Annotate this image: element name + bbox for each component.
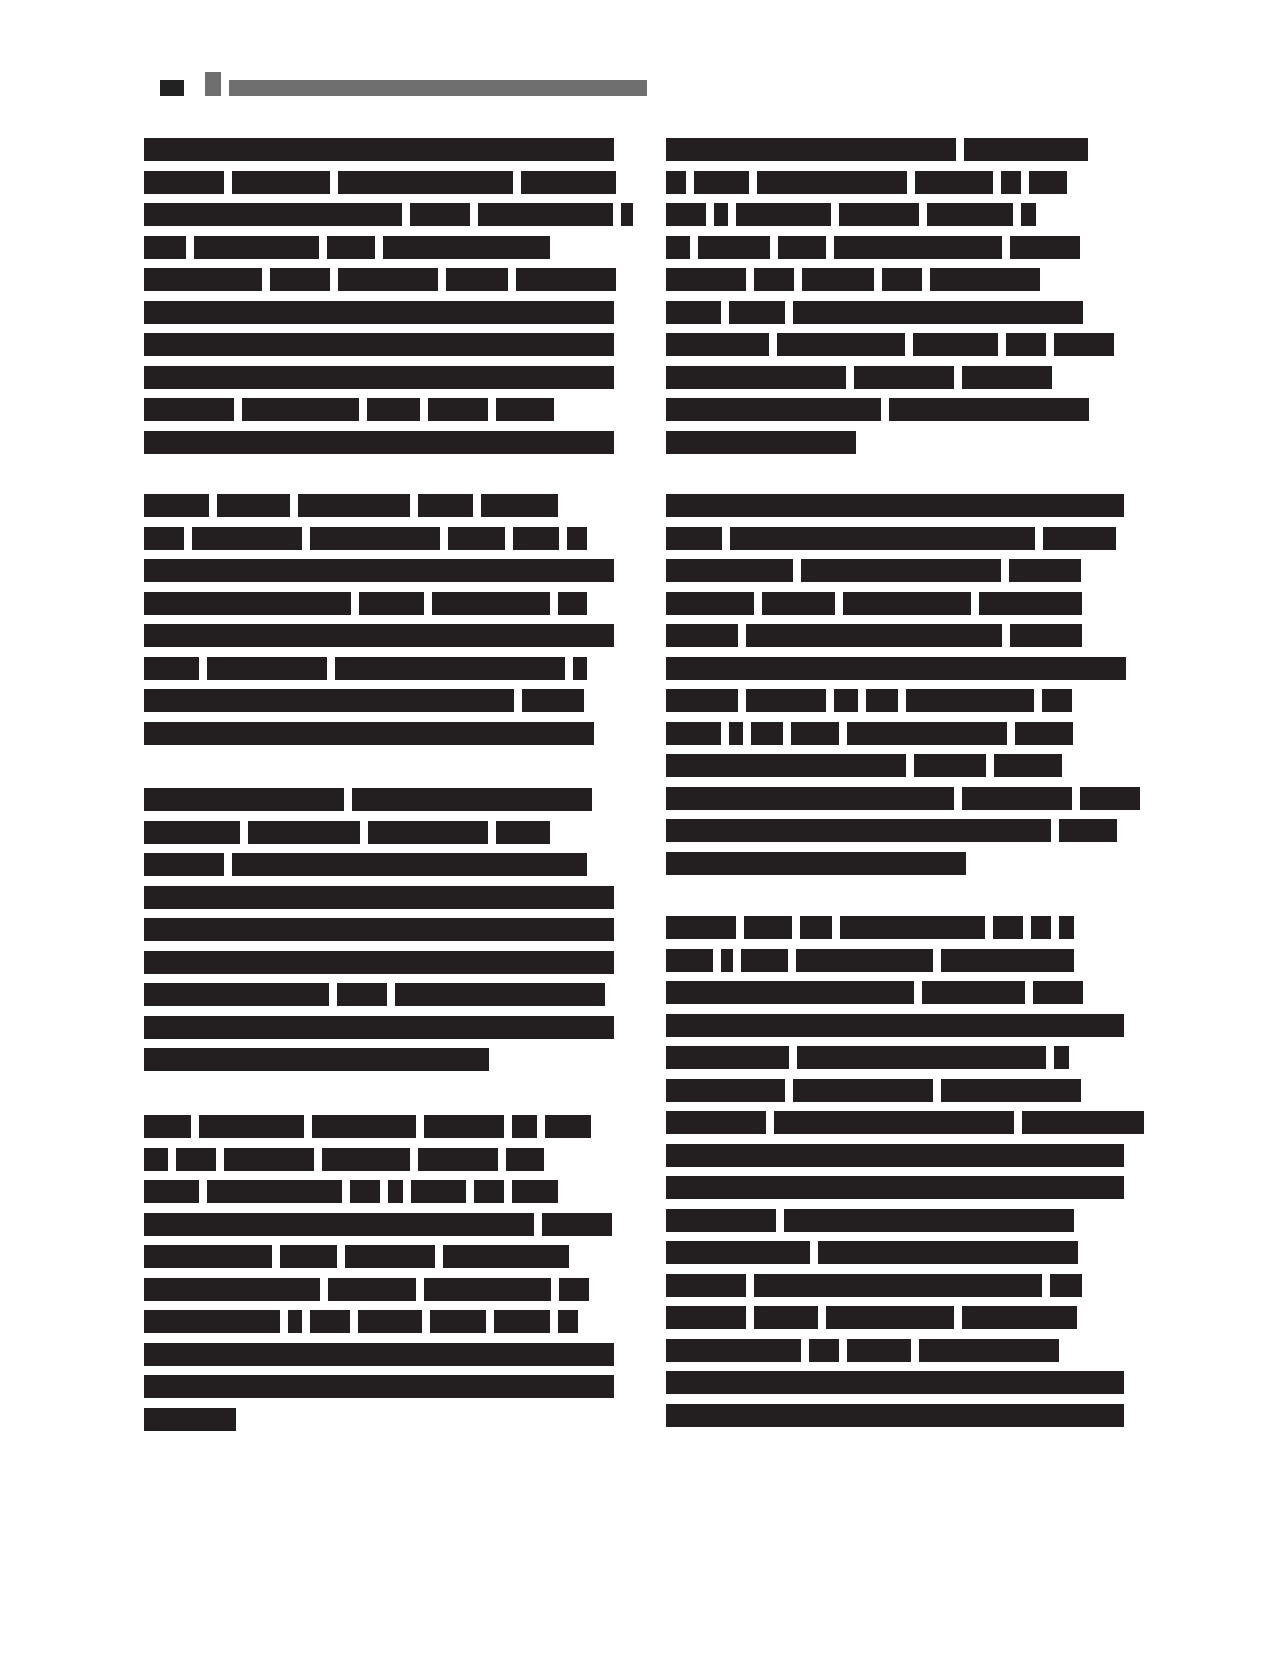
redacted-word	[777, 333, 905, 356]
redacted-word	[666, 301, 721, 324]
redacted-word	[1031, 916, 1051, 939]
text-line	[666, 138, 1088, 161]
redacted-word	[144, 886, 614, 909]
redacted-word	[1010, 236, 1080, 259]
text-line	[666, 268, 1040, 291]
redacted-word	[866, 689, 898, 712]
redacted-word	[144, 918, 614, 941]
page-header	[0, 0, 1270, 110]
redacted-word	[144, 171, 224, 194]
redacted-word	[1043, 527, 1116, 550]
text-line	[666, 333, 1114, 356]
redacted-word	[144, 853, 224, 876]
redacted-word	[496, 398, 554, 421]
redacted-word	[666, 624, 738, 647]
redacted-word	[834, 689, 858, 712]
redacted-word	[144, 1115, 191, 1138]
redacted-word	[270, 268, 330, 291]
page-number	[160, 80, 184, 96]
redacted-word	[558, 1310, 578, 1333]
redacted-word	[1033, 981, 1083, 1004]
redacted-word	[818, 1241, 1078, 1264]
redacted-word	[144, 1180, 199, 1203]
redacted-word	[729, 301, 785, 324]
redacted-word	[666, 268, 746, 291]
redacted-word	[666, 722, 721, 745]
redacted-word	[494, 1310, 550, 1333]
redacted-word	[144, 527, 184, 550]
redacted-word	[224, 1148, 314, 1171]
redacted-word	[774, 1111, 1014, 1134]
redacted-word	[1015, 722, 1073, 745]
redacted-word	[979, 592, 1082, 615]
redacted-word	[927, 203, 1013, 226]
text-line	[666, 916, 1074, 939]
text-line	[144, 886, 614, 909]
text-line	[144, 203, 633, 226]
redacted-word	[919, 1339, 1059, 1362]
text-line	[144, 1245, 569, 1268]
redacted-word	[698, 236, 770, 259]
text-line	[666, 1046, 1069, 1069]
redacted-word	[418, 494, 473, 517]
redacted-word	[516, 268, 616, 291]
redacted-word	[395, 983, 605, 1006]
redacted-word	[666, 916, 736, 939]
redacted-word	[666, 236, 690, 259]
text-line	[144, 1115, 591, 1138]
redacted-word	[144, 431, 614, 454]
text-line	[666, 398, 1089, 421]
redacted-word	[930, 268, 1040, 291]
redacted-word	[1059, 916, 1074, 939]
redacted-word	[232, 171, 330, 194]
redacted-word	[144, 366, 614, 389]
redacted-word	[666, 981, 914, 1004]
redacted-word	[1022, 1111, 1144, 1134]
redacted-word	[144, 333, 614, 356]
redacted-word	[666, 138, 956, 161]
redacted-word	[310, 1310, 350, 1333]
redacted-word	[1042, 689, 1072, 712]
redacted-word	[144, 1213, 534, 1236]
redacted-word	[335, 657, 565, 680]
text-line	[144, 592, 587, 615]
text-line	[666, 1209, 1074, 1232]
text-line	[144, 657, 587, 680]
text-line	[144, 689, 584, 712]
redacted-word	[666, 592, 754, 615]
redacted-word	[666, 787, 954, 810]
redacted-word	[327, 236, 375, 259]
redacted-word	[350, 1180, 380, 1203]
redacted-word	[176, 1148, 216, 1171]
redacted-word	[359, 592, 424, 615]
redacted-word	[1009, 559, 1081, 582]
redacted-word	[144, 1048, 489, 1071]
text-line	[144, 1016, 614, 1039]
redacted-word	[207, 1180, 342, 1203]
text-line	[666, 722, 1073, 745]
redacted-word	[757, 171, 907, 194]
redacted-word	[914, 754, 986, 777]
redacted-word	[1059, 819, 1117, 842]
redacted-word	[207, 657, 327, 680]
text-line	[144, 821, 550, 844]
redacted-word	[352, 788, 592, 811]
redacted-word	[994, 754, 1062, 777]
redacted-word	[512, 1180, 558, 1203]
redacted-word	[312, 1115, 416, 1138]
redacted-word	[337, 983, 387, 1006]
text-line	[144, 431, 614, 454]
text-line	[666, 657, 1126, 680]
redacted-word	[666, 1209, 776, 1232]
redacted-word	[513, 527, 559, 550]
redacted-word	[802, 268, 874, 291]
redacted-word	[791, 722, 839, 745]
redacted-word	[834, 236, 1002, 259]
redacted-word	[388, 1180, 403, 1203]
redacted-word	[248, 821, 360, 844]
redacted-word	[194, 236, 319, 259]
text-line	[144, 171, 616, 194]
redacted-word	[889, 398, 1089, 421]
redacted-word	[232, 853, 587, 876]
redacted-word	[666, 1339, 801, 1362]
text-line	[666, 1241, 1078, 1264]
text-line	[144, 722, 594, 745]
section-marker-bar	[205, 72, 221, 96]
redacted-word	[754, 1274, 1042, 1297]
redacted-word	[754, 1306, 818, 1329]
redacted-word	[826, 1306, 954, 1329]
redacted-word	[545, 1115, 591, 1138]
text-line	[666, 1404, 1124, 1427]
redacted-word	[1054, 1046, 1069, 1069]
redacted-word	[542, 1213, 612, 1236]
redacted-word	[322, 1148, 410, 1171]
redacted-word	[800, 916, 832, 939]
redacted-word	[666, 949, 713, 972]
text-line	[666, 754, 1062, 777]
text-line	[144, 1278, 589, 1301]
redacted-word	[144, 203, 402, 226]
redacted-word	[941, 1079, 1081, 1102]
redacted-word	[192, 527, 302, 550]
redacted-word	[144, 1343, 614, 1366]
redacted-word	[854, 366, 954, 389]
redacted-word	[666, 398, 881, 421]
text-line	[666, 592, 1082, 615]
text-line	[666, 301, 1083, 324]
redacted-word	[746, 624, 1002, 647]
redacted-word	[338, 171, 513, 194]
redacted-word	[424, 1115, 504, 1138]
redacted-word	[144, 236, 186, 259]
redacted-word	[474, 1180, 504, 1203]
redacted-word	[843, 592, 971, 615]
redacted-word	[567, 527, 587, 550]
redacted-word	[721, 949, 733, 972]
redacted-word	[144, 951, 614, 974]
redacted-word	[410, 203, 470, 226]
text-line	[666, 1079, 1081, 1102]
redacted-word	[962, 366, 1052, 389]
text-line	[144, 951, 614, 974]
document-page	[0, 0, 1270, 1654]
redacted-word	[922, 981, 1025, 1004]
text-line	[144, 268, 616, 291]
redacted-word	[906, 689, 1034, 712]
redacted-word	[144, 788, 344, 811]
redacted-word	[793, 1079, 933, 1102]
redacted-word	[558, 592, 587, 615]
redacted-word	[280, 1245, 337, 1268]
redacted-word	[144, 821, 240, 844]
redacted-word	[430, 1310, 486, 1333]
text-line	[144, 1408, 236, 1431]
redacted-word	[144, 592, 351, 615]
redacted-word	[144, 138, 614, 161]
redacted-word	[666, 1176, 1124, 1199]
redacted-word	[432, 592, 550, 615]
text-line	[144, 1343, 614, 1366]
redacted-word	[730, 527, 1035, 550]
redacted-word	[666, 203, 706, 226]
text-line	[144, 1180, 558, 1203]
redacted-word	[847, 1339, 911, 1362]
redacted-word	[915, 171, 993, 194]
text-line	[144, 1375, 614, 1398]
redacted-word	[666, 754, 906, 777]
text-line	[144, 398, 554, 421]
text-line	[666, 171, 1067, 194]
redacted-word	[666, 559, 793, 582]
text-line	[144, 853, 587, 876]
redacted-word	[666, 366, 846, 389]
redacted-word	[144, 722, 594, 745]
redacted-word	[418, 1148, 498, 1171]
redacted-word	[217, 494, 290, 517]
redacted-word	[144, 1408, 236, 1431]
redacted-word	[144, 301, 614, 324]
redacted-word	[666, 819, 1051, 842]
text-line	[144, 527, 587, 550]
redacted-word	[793, 301, 1083, 324]
redacted-word	[729, 722, 743, 745]
redacted-word	[882, 268, 922, 291]
redacted-word	[298, 494, 410, 517]
redacted-word	[962, 787, 1072, 810]
redacted-word	[1001, 171, 1021, 194]
redacted-word	[338, 268, 438, 291]
text-line	[666, 689, 1072, 712]
redacted-word	[481, 494, 558, 517]
text-line	[666, 1014, 1124, 1037]
redacted-word	[666, 852, 966, 875]
redacted-word	[962, 1306, 1077, 1329]
redacted-word	[144, 494, 209, 517]
text-line	[144, 1048, 489, 1071]
redacted-word	[741, 949, 788, 972]
redacted-word	[666, 494, 1124, 517]
redacted-word	[964, 138, 1088, 161]
redacted-word	[666, 1046, 789, 1069]
redacted-word	[666, 1014, 1124, 1037]
redacted-word	[666, 333, 769, 356]
redacted-word	[512, 1115, 537, 1138]
redacted-word	[144, 268, 262, 291]
redacted-word	[144, 1375, 614, 1398]
text-line	[666, 981, 1083, 1004]
redacted-word	[446, 268, 508, 291]
redacted-word	[666, 1241, 810, 1264]
redacted-word	[751, 722, 783, 745]
redacted-word	[796, 949, 933, 972]
text-line	[666, 559, 1081, 582]
redacted-word	[242, 398, 359, 421]
redacted-word	[144, 1278, 320, 1301]
redacted-word	[144, 1016, 614, 1039]
text-line	[666, 236, 1080, 259]
redacted-word	[428, 398, 488, 421]
redacted-word	[913, 333, 998, 356]
redacted-word	[666, 1079, 785, 1102]
redacted-word	[666, 1111, 766, 1134]
redacted-word	[521, 171, 616, 194]
text-line	[144, 494, 558, 517]
redacted-word	[762, 592, 835, 615]
text-line	[666, 852, 966, 875]
redacted-word	[424, 1278, 551, 1301]
redacted-word	[694, 171, 749, 194]
redacted-word	[666, 689, 738, 712]
redacted-word	[559, 1278, 589, 1301]
redacted-word	[368, 821, 488, 844]
redacted-word	[144, 1148, 168, 1171]
text-line	[666, 819, 1117, 842]
redacted-word	[144, 983, 329, 1006]
redacted-word	[746, 689, 826, 712]
text-line	[144, 918, 614, 941]
redacted-word	[714, 203, 728, 226]
text-line	[144, 1148, 544, 1171]
redacted-word	[621, 203, 633, 226]
text-line	[666, 1111, 1144, 1134]
redacted-word	[144, 624, 614, 647]
redacted-word	[666, 1306, 746, 1329]
text-line	[144, 1213, 612, 1236]
redacted-word	[144, 689, 514, 712]
redacted-word	[411, 1180, 466, 1203]
text-line	[144, 983, 605, 1006]
redacted-word	[522, 689, 584, 712]
text-line	[144, 559, 614, 582]
redacted-word	[358, 1310, 422, 1333]
text-line	[666, 431, 856, 454]
text-line	[144, 624, 614, 647]
text-line	[666, 527, 1116, 550]
redacted-word	[1006, 333, 1046, 356]
redacted-word	[478, 203, 613, 226]
redacted-word	[506, 1148, 544, 1171]
redacted-word	[744, 916, 792, 939]
text-line	[144, 366, 614, 389]
redacted-word	[1021, 203, 1036, 226]
redacted-word	[666, 431, 856, 454]
redacted-word	[144, 1310, 280, 1333]
redacted-word	[666, 527, 722, 550]
redacted-word	[847, 722, 1007, 745]
redacted-word	[573, 657, 587, 680]
redacted-word	[1054, 333, 1114, 356]
redacted-word	[666, 1274, 746, 1297]
redacted-word	[941, 949, 1074, 972]
text-line	[144, 236, 550, 259]
text-line	[666, 1306, 1077, 1329]
redacted-word	[288, 1310, 302, 1333]
redacted-word	[367, 398, 420, 421]
text-line	[144, 301, 614, 324]
redacted-word	[496, 821, 550, 844]
redacted-word	[310, 527, 440, 550]
redacted-word	[328, 1278, 416, 1301]
text-line	[666, 203, 1036, 226]
redacted-word	[383, 236, 550, 259]
redacted-word	[144, 398, 234, 421]
text-line	[666, 1274, 1082, 1297]
redacted-word	[144, 559, 614, 582]
redacted-word	[797, 1046, 1046, 1069]
text-line	[144, 788, 592, 811]
redacted-word	[840, 916, 985, 939]
redacted-word	[443, 1245, 569, 1268]
text-line	[144, 1310, 578, 1333]
text-line	[666, 1144, 1124, 1167]
text-line	[666, 1371, 1124, 1394]
text-line	[144, 333, 614, 356]
redacted-word	[666, 171, 686, 194]
text-line	[666, 1176, 1124, 1199]
redacted-word	[1050, 1274, 1082, 1297]
redacted-word	[666, 1404, 1124, 1427]
redacted-word	[1010, 624, 1082, 647]
text-line	[666, 624, 1082, 647]
redacted-word	[754, 268, 794, 291]
text-line	[666, 494, 1124, 517]
redacted-word	[809, 1339, 839, 1362]
text-line	[144, 138, 614, 161]
text-line	[666, 366, 1052, 389]
text-line	[666, 1339, 1059, 1362]
text-line	[666, 949, 1074, 972]
redacted-word	[666, 1144, 1124, 1167]
redacted-word	[666, 657, 1126, 680]
redacted-word	[345, 1245, 435, 1268]
redacted-word	[801, 559, 1001, 582]
redacted-word	[448, 527, 505, 550]
redacted-word	[839, 203, 919, 226]
redacted-word	[144, 657, 199, 680]
redacted-word	[736, 203, 831, 226]
redacted-word	[778, 236, 826, 259]
redacted-word	[993, 916, 1023, 939]
redacted-word	[784, 1209, 1074, 1232]
redacted-word	[666, 1371, 1124, 1394]
running-head	[229, 80, 647, 96]
redacted-word	[1029, 171, 1067, 194]
